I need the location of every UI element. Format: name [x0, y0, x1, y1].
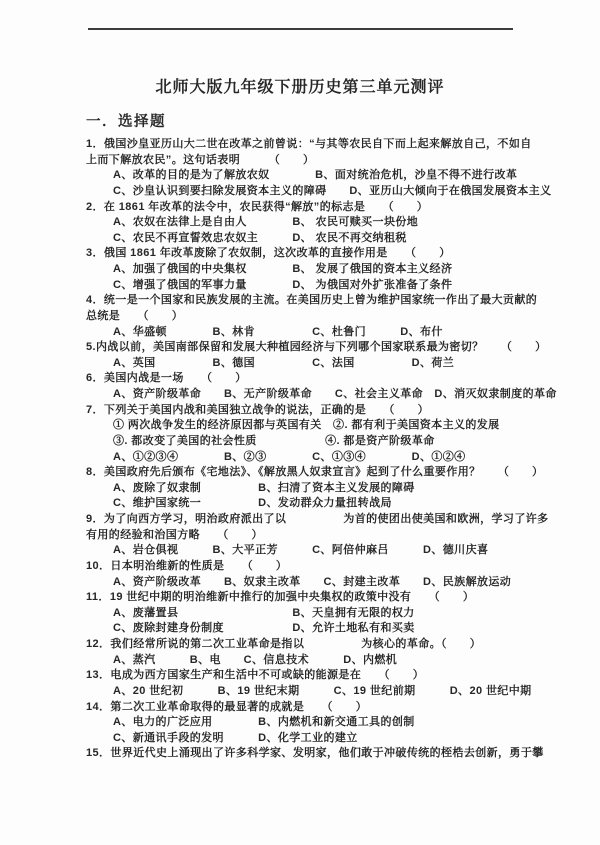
question-line-q12: 12．我们经常所说的第二次工业革命是指以 为核心的革命。（ ） — [86, 637, 566, 653]
option-line-q7: ③. 都改变了美国的社会性质 ④. 都是资产阶级革命 — [86, 434, 566, 450]
option-line-q4: A、华盛顿 B、林肯 C、杜鲁门 D、布什 — [86, 325, 566, 341]
question-line-q9: 9．为了向西方学习，明治政府派出了以 为首的使团出使美国和欧洲，学习了许多 — [86, 512, 566, 528]
question-line-q1: 上而下解放农民”。这句话表明 （ ） — [86, 153, 566, 169]
option-line-q14: A、电力的广泛应用 B、内燃机和新交通工具的创制 — [86, 715, 566, 731]
option-line-q8: A、废除了奴隶制 B、扫清了资本主义发展的障碍 — [86, 481, 566, 497]
page-title: 北师大版九年级下册历史第三单元测评 — [0, 74, 600, 97]
option-line-q2: C、农民不再宣誓效忠农奴主 D、 农民不再交纳租税 — [86, 231, 566, 247]
question-line-q8: 8．美国政府先后颁布《宅地法》、《解放黑人奴隶宣言》起到了什么重要作用？ （ ） — [86, 465, 566, 481]
option-line-q7: A、①②③④ B、②③ C、①③④ D、①②④ — [86, 450, 566, 466]
option-line-q8: C、维护国家统一 D、发动群众力量扭转战局 — [86, 496, 566, 512]
option-line-q14: C、新通讯手段的发明 D、化学工业的建立 — [86, 731, 566, 747]
question-line-q2: 2．在 1861 年改革的法令中，农民获得“解放”的标志是 （ ） — [86, 200, 566, 216]
question-line-q4: 总统是 （ ） — [86, 309, 566, 325]
option-line-q11: C、废除封建身份制度 D、允许土地私有和买卖 — [86, 621, 566, 637]
option-line-q1: C、沙皇认识到要扫除发展资本主义的障碍 D、亚历山大倾向于在俄国发展资本主义 — [86, 184, 566, 200]
option-line-q12: A、蒸汽 B、电 C、信息技术 D、内燃机 — [86, 653, 566, 669]
question-line-q7: 7．下列关于美国内战和美国独立战争的说法，正确的是 （ ） — [86, 403, 566, 419]
document-page: 北师大版九年级下册历史第三单元测评 一．选择题 1．俄国沙皇亚历山大二世在改革之… — [0, 0, 600, 845]
question-line-q15: 15．世界近代史上涌现出了许多科学家、发明家，他们敢于冲破传统的桎梏去创新，勇于… — [86, 746, 566, 762]
questions-list: 1．俄国沙皇亚历山大二世在改革之前曾说：“与其等农民自下而上起来解放自己，不如自… — [86, 137, 566, 762]
option-line-q9: A、岩仓俱视 B、大平正芳 C、阿倍仲麻吕 D、德川庆喜 — [86, 543, 566, 559]
option-line-q2: A、农奴在法律上是自由人 B、 农民可赎买一块份地 — [86, 215, 566, 231]
section-heading: 一．选择题 — [86, 110, 166, 131]
question-line-q6: 6．美国内战是一场 （ ） — [86, 371, 566, 387]
option-line-q13: A、20 世纪初 B、19 世纪末期 C、19 世纪前期 D、20 世纪中期 — [86, 684, 566, 700]
question-line-q9: 有用的经验和治国方略 （ ） — [86, 528, 566, 544]
option-line-q7: ① 两次战争发生的经济原因都与英国有关 ②. 都有利于美国资本主义的发展 — [86, 418, 566, 434]
question-line-q14: 14．第二次工业革命取得的最显著的成就是 （ ） — [86, 700, 566, 716]
question-line-q5: 5.内战以前，美国南部保留和发展大种植园经济与下列哪个国家联系最为密切？ （ ） — [86, 340, 566, 356]
question-line-q11: 11．19 世纪中期的明治维新中推行的加强中央集权的政策中没有 （ ） — [86, 590, 566, 606]
question-line-q1: 1．俄国沙皇亚历山大二世在改革之前曾说：“与其等农民自下而上起来解放自己，不如自 — [86, 137, 566, 153]
header-rule — [88, 28, 513, 30]
question-line-q13: 13．电成为西方国家生产和生活中不可或缺的能源是在 （ ） — [86, 668, 566, 684]
option-line-q11: A、废藩置县 B、天皇拥有无限的权力 — [86, 606, 566, 622]
option-line-q3: C、增强了俄国的军事力量 D、 为俄国对外扩张准备了条件 — [86, 278, 566, 294]
question-line-q4: 4．统一是一个国家和民族发展的主流。在美国历史上曾为维护国家统一作出了最大贡献的 — [86, 293, 566, 309]
question-line-q10: 10．日本明治维新的性质是 （ ） — [86, 559, 566, 575]
question-line-q3: 3．俄国 1861 年改革废除了农奴制，这次改革的直接作用是 （ ） — [86, 246, 566, 262]
option-line-q1: A、改革的目的是为了解放农奴 B、面对统治危机，沙皇不得不进行改革 — [86, 168, 566, 184]
option-line-q6: A、资产阶级革命 B、无产阶级革命 C、社会主义革命 D、消灭奴隶制度的革命 — [86, 387, 566, 403]
option-line-q10: A、资产阶级改革 B、奴隶主改革 C、封建主改革 D、民族解放运动 — [86, 575, 566, 591]
option-line-q5: A、英国 B、德国 C、法国 D、荷兰 — [86, 356, 566, 372]
option-line-q3: A、加强了俄国的中央集权 B、 发展了俄国的资本主义经济 — [86, 262, 566, 278]
